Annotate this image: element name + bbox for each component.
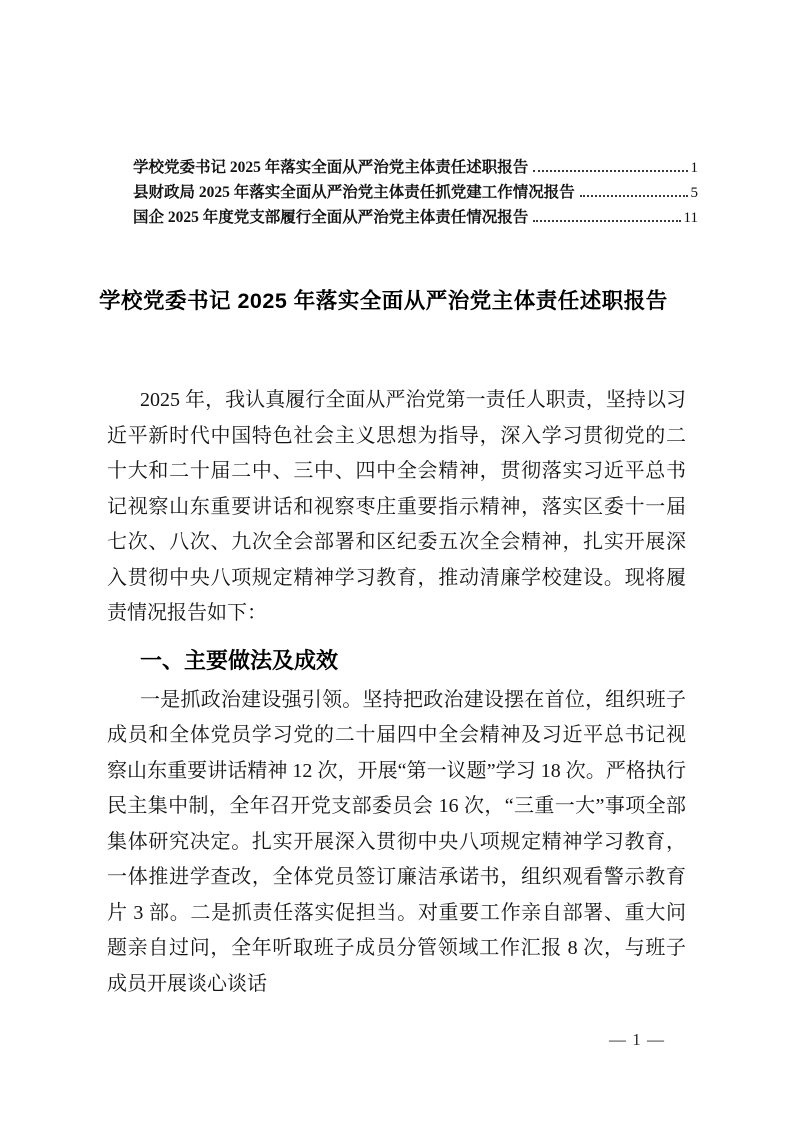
body-paragraph-intro: 2025 年，我认真履行全面从严治党第一责任人职责，坚持以习近平新时代中国特色社… [107,383,686,632]
toc-entry[interactable]: 县财政局 2025 年落实全面从严治党主体责任抓党建工作情况报告 5 [133,180,698,205]
toc-entry[interactable]: 学校党委书记 2025 年落实全面从严治党主体责任述职报告 1 [133,155,698,180]
toc-page-number: 11 [684,206,698,231]
toc-page-number: 5 [691,181,699,206]
document-page: 学校党委书记 2025 年落实全面从严治党主体责任述职报告 1 县财政局 202… [0,0,793,1122]
toc-dot-leader [580,195,688,197]
toc-page-number: 1 [691,156,699,181]
document-title: 学校党委书记 2025 年落实全面从严治党主体责任述职报告 [99,286,668,316]
document-body: 2025 年，我认真履行全面从严治党第一责任人职责，坚持以习近平新时代中国特色社… [107,383,686,1002]
toc-entry-title[interactable]: 国企 2025 年度党支部履行全面从严治党主体责任情况报告 [133,205,528,230]
page-number-footer: — 1 — [596,1029,678,1051]
toc-entry-title[interactable]: 县财政局 2025 年落实全面从严治党主体责任抓党建工作情况报告 [133,180,575,205]
section-heading-main-practices: 一、主要做法及成效 [107,643,686,678]
table-of-contents: 学校党委书记 2025 年落实全面从严治党主体责任述职报告 1 县财政局 202… [133,155,698,230]
body-paragraph-measures: 一是抓政治建设强引领。坚持把政治建设摆在首位，组织班子成员和全体党员学习党的二十… [107,683,686,1003]
toc-dot-leader [533,220,680,222]
toc-entry-title[interactable]: 学校党委书记 2025 年落实全面从严治党主体责任述职报告 [133,155,528,180]
toc-entry[interactable]: 国企 2025 年度党支部履行全面从严治党主体责任情况报告 11 [133,205,698,230]
toc-dot-leader [533,170,687,172]
